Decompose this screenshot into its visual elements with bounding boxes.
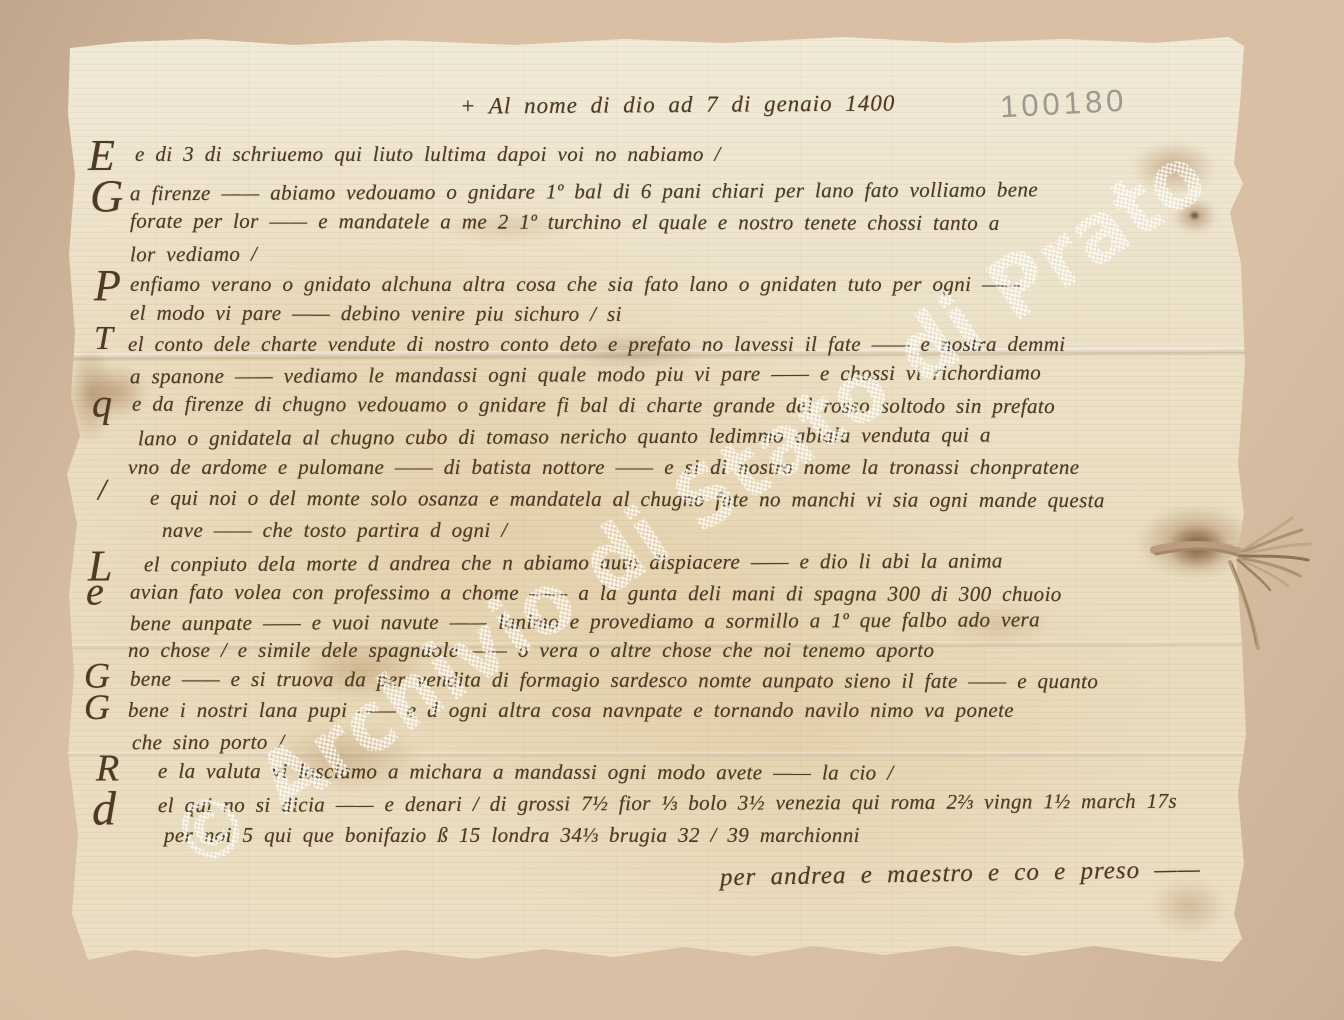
manuscript-line: no chose / e simile dele spagnuole —— o … [64,638,1248,668]
manuscript-line: a spanone —— vediamo le mandassi ogni qu… [64,359,1248,394]
line-text: nave —— che tosto partira d ogni / [162,518,508,543]
manuscript-line: Gbene —— e si truova da per vendita di f… [64,666,1248,699]
line-text: a spanone —— vediamo le mandassi ogni qu… [130,360,1041,389]
manuscript-photograph: + Al nome di dio ad 7 di genaio 1400 100… [0,0,1344,1020]
line-text: bene aunpate —— e vuoi navute —— lanimo … [130,607,1040,636]
line-text: enfiamo verano o gnidato alchuna altra c… [130,272,1020,297]
margin-glyph: q [92,380,112,427]
manuscript-line: forate per lor —— e mandatele a me 2 1º … [64,208,1248,241]
line-text: bene i nostri lana pupi —— e d ogni altr… [128,698,1014,723]
margin-glyph: e [86,568,104,615]
manuscript-line: per noi 5 qui que bonifazio ß 15 londra … [64,823,1248,853]
line-text: lano o gnidatela al chugno cubo di tomas… [138,423,991,452]
line-text: bene —— e si truova da per vendita di fo… [130,667,1098,695]
manuscript-line: el modo vi pare —— debino venire piu sic… [64,300,1248,333]
line-text: el conpiuto dela morte d andrea che n ab… [144,548,1003,577]
line-text: e da firenze di chugno vedouamo o gnidar… [132,392,1055,419]
manuscript-line: Gbene i nostri lana pupi —— e d ogni alt… [64,698,1248,728]
line-text: e qui noi o del monte solo osanza e mand… [150,486,1105,513]
manuscript-line: Penfiamo verano o gnidato alchuna altra … [64,272,1248,302]
line-text: lor vediamo / [130,242,257,268]
manuscript-paper: + Al nome di dio ad 7 di genaio 1400 100… [64,34,1248,978]
manuscript-line: Re la valuta vi lasciamo a michara a man… [64,758,1248,791]
line-text: no chose / e simile dele spagnuole —— o … [128,638,934,663]
manuscript-line: Ee di 3 di schriuemo qui liuto lultima d… [64,142,1248,172]
line-text: avian fato volea con professimo a chome … [130,580,1062,607]
manuscript-line: qe da firenze di chugno vedouamo o gnida… [64,391,1248,424]
manuscript-line: bene aunpate —— e vuoi navute —— lanimo … [64,606,1248,641]
line-text: el qui no si dicia —— e denari / di gros… [158,789,1177,818]
margin-glyph: T [94,320,113,358]
line-text: a firenze —— abiamo vedouamo o gnidare 1… [130,177,1038,206]
manuscript-line: lano o gnidatela al chugno cubo di tomas… [64,421,1248,456]
manuscript-line: lor vediamo / [64,237,1248,272]
line-text: per noi 5 qui que bonifazio ß 15 londra … [164,823,860,848]
manuscript-line: nave —— che tosto partira d ogni / [64,518,1248,548]
margin-glyph: G [84,686,110,728]
manuscript-line: Tel conto dele charte vendute di nostro … [64,332,1248,362]
manuscript-line: vno de ardome e pulomane —— di batista n… [64,455,1248,485]
line-text: e di 3 di schriuemo qui liuto lultima da… [135,142,721,167]
letter-body: Ee di 3 di schriuemo qui liuto lultima d… [64,34,1248,978]
line-text: el conto dele charte vendute di nostro c… [128,332,1066,357]
line-text: el modo vi pare —— debino venire piu sic… [130,301,622,327]
manuscript-line: Ga firenze —— abiamo vedouamo o gnidare … [64,176,1248,211]
margin-glyph: / [98,474,106,508]
line-text: vno de ardome e pulomane —— di batista n… [128,455,1079,480]
manuscript-line: del qui no si dicia —— e denari / di gro… [64,788,1248,823]
line-text: forate per lor —— e mandatele a me 2 1º … [130,209,1000,236]
line-text: che sino porto / [132,730,285,756]
manuscript-line: /e qui noi o del monte solo osanza e man… [64,485,1248,518]
manuscript-line: Lel conpiuto dela morte d andrea che n a… [64,547,1248,582]
line-text: e la valuta vi lasciamo a michara a mand… [158,759,894,786]
manuscript-line: che sino porto / [64,725,1248,760]
